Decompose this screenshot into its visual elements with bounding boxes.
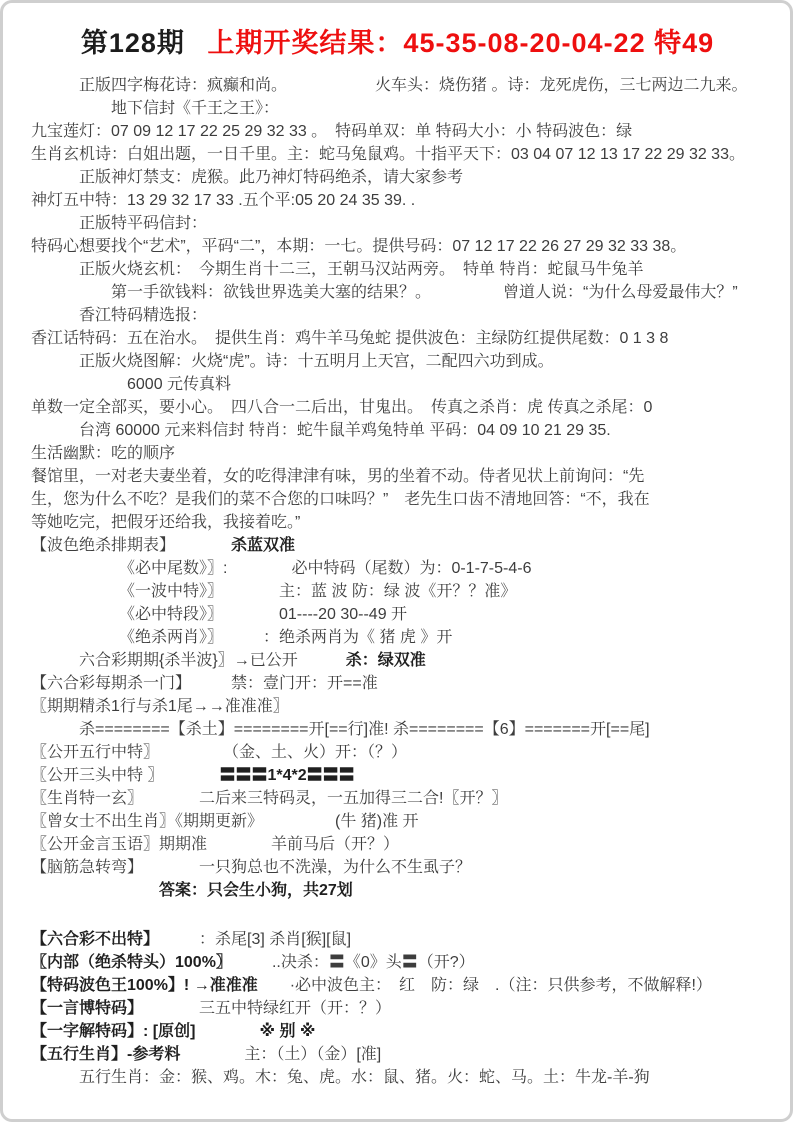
text-line: 正版特平码信封： bbox=[31, 212, 764, 235]
text-line: 第一手欲钱料：欲钱世界选美大塞的结果？。 曾道人说：“为什么母爱最伟大？” bbox=[31, 281, 764, 304]
text-segment: 【六合彩每期杀一门】 禁：壹门开：开==准 bbox=[31, 675, 378, 692]
text-segment: 《必中特段》〗 01----20 30--49 开 bbox=[31, 606, 407, 623]
text-line: 《必中特段》〗 01----20 30--49 开 bbox=[31, 603, 764, 626]
text-line: 【一字解特码】: [原创] ※ 别 ※ bbox=[31, 1020, 764, 1043]
text-line: 正版四字梅花诗：疯癫和尚。 火车头：烧伤猪 。诗：龙死虎伤，三七两边二九来。 bbox=[31, 74, 764, 97]
text-line: 〖公开三头中特 〗 〓〓〓1*4*2〓〓〓 bbox=[31, 764, 764, 787]
page-title: 第128期 上期开奖结果：45-35-08-20-04-22 特49 bbox=[31, 21, 764, 60]
text-line: 正版火烧图解：火烧“虎”。诗：十五明月上天宫，二配四六功到成。 bbox=[31, 350, 764, 373]
text-line: 餐馆里，一对老夫妻坐着，女的吃得津津有味，男的坐着不动。侍者见状上前询问：“先 bbox=[31, 465, 764, 488]
text-line: 〖内部（绝杀特头）100%〗 ..决杀：〓《0》头〓（开?） bbox=[31, 951, 764, 974]
text-segment: 生，您为什么不吃？是我们的菜不合您的口味吗？” 老先生口齿不清地回答：“不，我在 bbox=[31, 491, 650, 508]
text-segment: 正版特平码信封： bbox=[31, 215, 207, 232]
text-segment: 《必中尾数》〗: 必中特码（尾数）为：0-1-7-5-4-6 bbox=[31, 560, 531, 577]
text-line: 香江特码精选报： bbox=[31, 304, 764, 327]
text-segment: 特码心想要找个“艺术”，平码“二”，本期：一七。提供号码：07 12 17 22… bbox=[31, 238, 686, 255]
text-line: 【波色绝杀排期表】 杀蓝双准 bbox=[31, 534, 764, 557]
text-line: 〖公开五行中特〗 （金、土、火）开：（？） bbox=[31, 741, 764, 764]
text-segment: 生肖玄机诗：白姐出题，一日千里。主：蛇马兔鼠鸡。十指平天下：03 04 07 1… bbox=[31, 146, 745, 163]
text-segment: ※ 别 ※ bbox=[195, 1023, 315, 1040]
text-segment: 等她吃完，把假牙还给我，我接着吃。” bbox=[31, 514, 300, 531]
text-line: 〖期期精杀1行与杀1尾→→准准准〗 bbox=[31, 695, 764, 718]
text-segment: 〖生肖特一玄〗 二后来三特码灵，一五加得三二合!〖开？〗 bbox=[31, 790, 507, 807]
text-segment: 【五行生肖】-参考料 bbox=[31, 1046, 180, 1063]
text-segment: 正版四字梅花诗：疯癫和尚。 火车头：烧伤猪 。诗：龙死虎伤，三七两边二九来。 bbox=[31, 77, 747, 94]
text-segment: 〖公开五行中特〗 （金、土、火）开：（？） bbox=[31, 744, 407, 761]
text-line: 地下信封《千王之王》： bbox=[31, 97, 764, 120]
text-line: 【一言博特码】 三五中特绿红开（开：？） bbox=[31, 997, 764, 1020]
text-line: 九宝莲灯：07 09 12 17 22 25 29 32 33 。 特码单双：单… bbox=[31, 120, 764, 143]
text-line: 【六合彩不出特】 ：杀尾[3] 杀肖[猴][鼠] bbox=[31, 928, 764, 951]
text-segment: ·必中波色主： 红 防：绿 .（注：只供参考，不做解释!） bbox=[258, 977, 712, 994]
text-segment: 正版火烧图解：火烧“虎”。诗：十五明月上天宫，二配四六功到成。 bbox=[31, 353, 554, 370]
text-segment: 主：（土）（金）[准] bbox=[180, 1046, 381, 1063]
text-segment: 神灯五中特：13 29 32 17 33 .五个平:05 20 24 35 39… bbox=[31, 192, 415, 209]
text-segment: 杀========【杀土】========开[==行]准! 杀========【… bbox=[31, 721, 650, 738]
text-line: 【五行生肖】-参考料 主：（土）（金）[准] bbox=[31, 1043, 764, 1066]
text-line: 《一波中特》〗 主：蓝 波 防：绿 波《开？？准》 bbox=[31, 580, 764, 603]
text-segment: 【脑筋急转弯】 一只狗总也不洗澡，为什么不生虱子？ bbox=[31, 859, 471, 876]
text-segment: 第一手欲钱料：欲钱世界选美大塞的结果？。 曾道人说：“为什么母爱最伟大？” bbox=[31, 284, 738, 301]
text-line: 杀========【杀土】========开[==行]准! 杀========【… bbox=[31, 718, 764, 741]
text-line: 【脑筋急转弯】 一只狗总也不洗澡，为什么不生虱子？ bbox=[31, 856, 764, 879]
text-line: 答案：只会生小狗，共27划 bbox=[31, 879, 764, 902]
text-segment: 〖期期精杀1行与杀1尾→→准准准〗 bbox=[31, 698, 289, 715]
text-line: 神灯五中特：13 29 32 17 33 .五个平:05 20 24 35 39… bbox=[31, 189, 764, 212]
text-line: 特码心想要找个“艺术”，平码“二”，本期：一七。提供号码：07 12 17 22… bbox=[31, 235, 764, 258]
text-segment: 6000 元传真料 bbox=[31, 376, 231, 393]
text-line: 六合彩期期{杀半波}〗→已公开 杀：绿双准 bbox=[31, 649, 764, 672]
text-line: 〖生肖特一玄〗 二后来三特码灵，一五加得三二合!〖开？〗 bbox=[31, 787, 764, 810]
text-segment: 五行生肖：金：猴、鸡。木：兔、虎。水：鼠、猪。火：蛇、马。土：牛龙-羊-狗 bbox=[31, 1069, 650, 1086]
text-segment: 〖公开金言玉语〗期期准 羊前马后（开？） bbox=[31, 836, 399, 853]
text-segment: 餐馆里，一对老夫妻坐着，女的吃得津津有味，男的坐着不动。侍者见状上前询问：“先 bbox=[31, 468, 644, 485]
text-line: 《必中尾数》〗: 必中特码（尾数）为：0-1-7-5-4-6 bbox=[31, 557, 764, 580]
text-segment: 杀：绿双准 bbox=[346, 652, 426, 669]
text-segment: 台湾 60000 元来料信封 特肖：蛇牛鼠羊鸡兔特单 平码：04 09 10 2… bbox=[31, 422, 611, 439]
text-line: 等她吃完，把假牙还给我，我接着吃。” bbox=[31, 511, 764, 534]
previous-draw-result: 上期开奖结果：45-35-08-20-04-22 特49 bbox=[207, 28, 714, 58]
text-line: 【特码波色王100%】! →准准准 ·必中波色主： 红 防：绿 .（注：只供参考… bbox=[31, 974, 764, 997]
issue-number: 第128期 bbox=[81, 28, 185, 58]
text-line: 正版火烧玄机： 今期生肖十二三，王朝马汉站两旁。 特单 特肖：蛇鼠马牛兔羊 bbox=[31, 258, 764, 281]
text-line: 《绝杀两肖》〗 ：绝杀两肖为《 猪 虎 》开 bbox=[31, 626, 764, 649]
text-line: 〖公开金言玉语〗期期准 羊前马后（开？） bbox=[31, 833, 764, 856]
text-segment: ：杀尾[3] 杀肖[猴][鼠] bbox=[151, 931, 351, 948]
text-segment: ..决杀：〓《0》头〓（开?） bbox=[224, 954, 475, 971]
text-segment: 【一言博特码】 bbox=[31, 1000, 135, 1017]
text-line: 生活幽默：吃的顺序 bbox=[31, 442, 764, 465]
text-segment: 【特码波色王100%】! →准准准 bbox=[31, 977, 258, 994]
text-segment: 〖公开三头中特 〗 bbox=[31, 767, 219, 784]
text-line: 生肖玄机诗：白姐出题，一日千里。主：蛇马兔鼠鸡。十指平天下：03 04 07 1… bbox=[31, 143, 764, 166]
text-segment: 《一波中特》〗 主：蓝 波 防：绿 波《开？？准》 bbox=[31, 583, 516, 600]
text-segment: 【六合彩不出特】 bbox=[31, 931, 151, 948]
text-line: 五行生肖：金：猴、鸡。木：兔、虎。水：鼠、猪。火：蛇、马。土：牛龙-羊-狗 bbox=[31, 1066, 764, 1089]
text-segment: 〖内部（绝杀特头）100%〗 bbox=[31, 954, 224, 971]
text-segment: 香江特码精选报： bbox=[31, 307, 207, 324]
text-line: 6000 元传真料 bbox=[31, 373, 764, 396]
text-line: 台湾 60000 元来料信封 特肖：蛇牛鼠羊鸡兔特单 平码：04 09 10 2… bbox=[31, 419, 764, 442]
text-line: 【六合彩每期杀一门】 禁：壹门开：开==准 bbox=[31, 672, 764, 695]
text-segment: 〓〓〓1*4*2〓〓〓 bbox=[219, 767, 354, 784]
text-segment: 六合彩期期{杀半波}〗→已公开 bbox=[31, 652, 346, 669]
text-segment: 地下信封《千王之王》： bbox=[31, 100, 279, 117]
text-segment: 《绝杀两肖》〗 ：绝杀两肖为《 猪 虎 》开 bbox=[31, 629, 452, 646]
text-segment: 生活幽默：吃的顺序 bbox=[31, 445, 175, 462]
text-segment: 〖曾女士不出生肖〗《期期更新》 (牛 猪)准 开 bbox=[31, 813, 419, 830]
lottery-tip-sheet-page: 第128期 上期开奖结果：45-35-08-20-04-22 特49 正版四字梅… bbox=[0, 0, 793, 1122]
text-segment: 单数一定全部买，要小心。 四八合一二后出，甘鬼出。 传真之杀肖：虎 传真之杀尾：… bbox=[31, 399, 652, 416]
text-segment: 正版神灯禁支：虎猴。此乃神灯特码绝杀，请大家参考 bbox=[31, 169, 463, 186]
text-segment: 杀蓝双准 bbox=[167, 537, 295, 554]
text-segment: 【一字解特码】: [原创] bbox=[31, 1023, 195, 1040]
text-segment: 九宝莲灯：07 09 12 17 22 25 29 32 33 。 特码单双：单… bbox=[31, 123, 632, 140]
text-line: 单数一定全部买，要小心。 四八合一二后出，甘鬼出。 传真之杀肖：虎 传真之杀尾：… bbox=[31, 396, 764, 419]
text-line: 香江话特码：五在治水。 提供生肖：鸡牛羊马兔蛇 提供波色：主绿防红提供尾数：0 … bbox=[31, 327, 764, 350]
text-segment: 香江话特码：五在治水。 提供生肖：鸡牛羊马兔蛇 提供波色：主绿防红提供尾数：0 … bbox=[31, 330, 668, 347]
document-body: 正版四字梅花诗：疯癫和尚。 火车头：烧伤猪 。诗：龙死虎伤，三七两边二九来。 地… bbox=[31, 74, 764, 1089]
text-line: 正版神灯禁支：虎猴。此乃神灯特码绝杀，请大家参考 bbox=[31, 166, 764, 189]
text-segment: 答案：只会生小狗，共27划 bbox=[31, 882, 353, 899]
text-line: 生，您为什么不吃？是我们的菜不合您的口味吗？” 老先生口齿不清地回答：“不，我在 bbox=[31, 488, 764, 511]
text-segment: 正版火烧玄机： 今期生肖十二三，王朝马汉站两旁。 特单 特肖：蛇鼠马牛兔羊 bbox=[31, 261, 643, 278]
text-line: 〖曾女士不出生肖〗《期期更新》 (牛 猪)准 开 bbox=[31, 810, 764, 833]
text-segment: 【波色绝杀排期表】 bbox=[31, 537, 167, 554]
text-segment: 三五中特绿红开（开：？） bbox=[135, 1000, 391, 1017]
